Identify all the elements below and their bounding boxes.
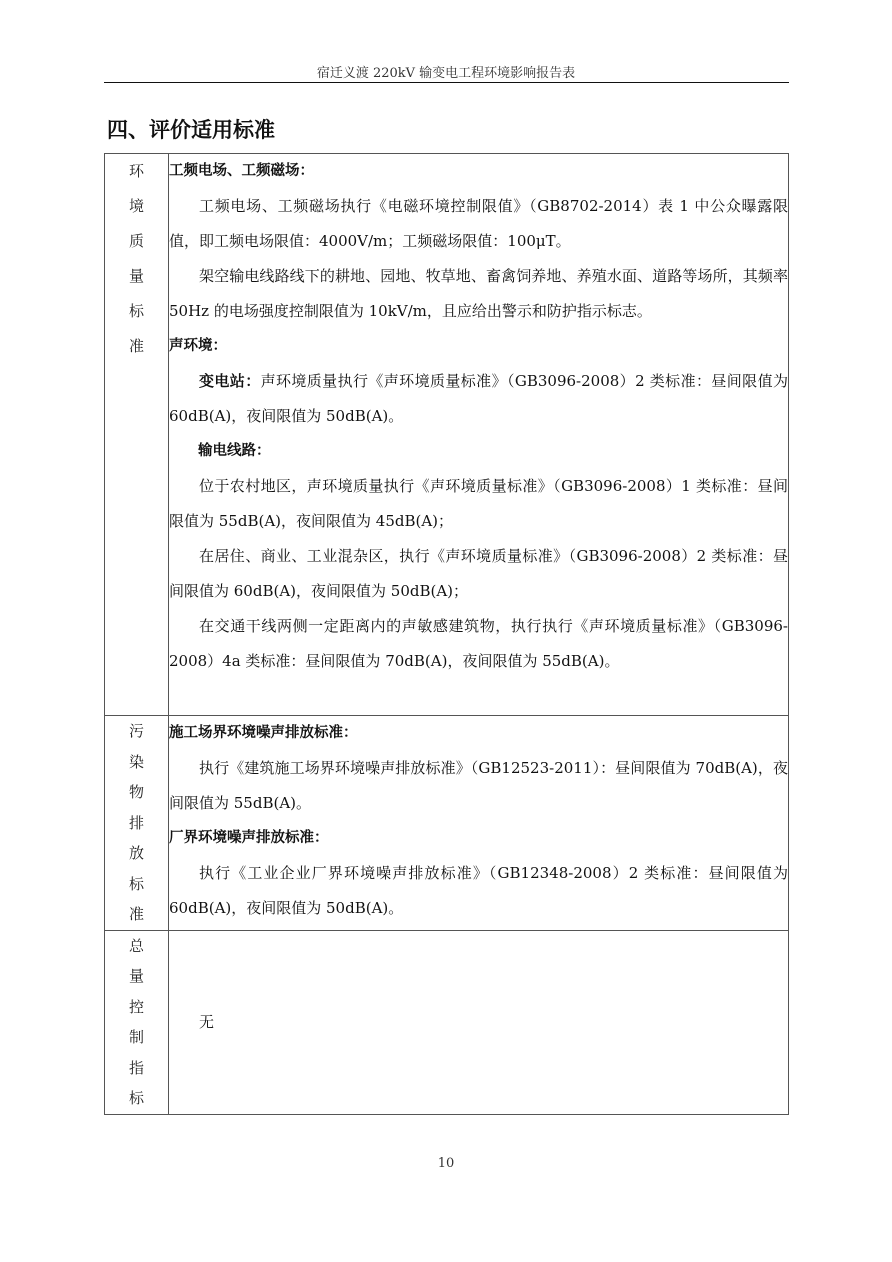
paragraph: 架空输电线路线下的耕地、园地、牧草地、畜禽饲养地、养殖水面、道路等场所，其频率 …: [169, 259, 788, 329]
label-char: 准: [105, 899, 168, 930]
page-number: 10: [0, 1156, 892, 1171]
paragraph-none: 无: [169, 1005, 788, 1040]
row-label-cell: 污 染 物 排 放 标 准: [105, 716, 169, 931]
paragraph: 在居住、商业、工业混杂区，执行《声环境质量标准》（GB3096-2008）2 类…: [169, 539, 788, 609]
label-char: 排: [105, 808, 168, 839]
label-char: 标: [105, 869, 168, 900]
row-label-total-control: 总 量 控 制 指 标: [105, 931, 168, 1114]
label-char: 控: [105, 992, 168, 1023]
table-row-total-control: 总 量 控 制 指 标 无: [105, 930, 789, 1114]
table-row-pollutant-emission: 污 染 物 排 放 标 准 施工场界环境噪声排放标准： 执行《建筑施工场界环境噪…: [105, 716, 789, 931]
header-rule: [104, 82, 789, 83]
paragraph-text: 声环境质量执行《声环境质量标准》（GB3096-2008）2 类标准：昼间限值为…: [169, 372, 788, 425]
label-char: 放: [105, 838, 168, 869]
table-row-environmental-quality: 环 境 质 量 标 准 工频电场、工频磁场： 工频电场、工频磁场执行《电磁环境控…: [105, 154, 789, 716]
row-label-cell: 环 境 质 量 标 准: [105, 154, 169, 716]
label-char: 标: [105, 1083, 168, 1114]
label-char: 量: [105, 961, 168, 992]
subheading-transmission-line: 输电线路：: [169, 434, 788, 469]
label-char: 准: [105, 329, 168, 364]
paragraph: 执行《工业企业厂界环境噪声排放标准》（GB12348-2008）2 类标准：昼间…: [169, 856, 788, 926]
label-char: 质: [105, 224, 168, 259]
row-content-cell: 施工场界环境噪声排放标准： 执行《建筑施工场界环境噪声排放标准》（GB12523…: [169, 716, 789, 931]
row-content-cell: 工频电场、工频磁场： 工频电场、工频磁场执行《电磁环境控制限值》（GB8702-…: [169, 154, 789, 716]
label-char: 量: [105, 259, 168, 294]
label-char: 境: [105, 189, 168, 224]
paragraph: 执行《建筑施工场界环境噪声排放标准》（GB12523-2011）：昼间限值为 7…: [169, 751, 788, 821]
label-char: 制: [105, 1022, 168, 1053]
subheading-acoustic-environment: 声环境：: [169, 329, 788, 364]
subheading-power-frequency-field: 工频电场、工频磁场：: [169, 154, 788, 189]
label-char: 染: [105, 747, 168, 778]
subheading-construction-noise: 施工场界环境噪声排放标准：: [169, 716, 788, 751]
row-label-pollutant-emission: 污 染 物 排 放 标 准: [105, 716, 168, 930]
row-label-cell: 总 量 控 制 指 标: [105, 930, 169, 1114]
paragraph: 工频电场、工频磁场执行《电磁环境控制限值》（GB8702-2014）表 1 中公…: [169, 189, 788, 259]
label-char: 环: [105, 154, 168, 189]
label-char: 指: [105, 1053, 168, 1084]
label-char: 污: [105, 716, 168, 747]
subheading-boundary-noise: 厂界环境噪声排放标准：: [169, 821, 788, 856]
section-title: 四、评价适用标准: [107, 114, 275, 144]
inline-heading-substation: 变电站：: [199, 372, 261, 390]
label-char: 标: [105, 294, 168, 329]
standards-table: 环 境 质 量 标 准 工频电场、工频磁场： 工频电场、工频磁场执行《电磁环境控…: [104, 153, 789, 1115]
paragraph: 位于农村地区，声环境质量执行《声环境质量标准》（GB3096-2008）1 类标…: [169, 469, 788, 539]
label-char: 总: [105, 931, 168, 962]
label-char: 物: [105, 777, 168, 808]
running-header: 宿迁义渡 220kV 输变电工程环境影响报告表: [104, 62, 788, 81]
row-label-environmental-quality: 环 境 质 量 标 准: [105, 154, 168, 364]
paragraph: 在交通干线两侧一定距离内的声敏感建筑物，执行执行《声环境质量标准》（GB3096…: [169, 609, 788, 679]
paragraph-substation: 变电站：声环境质量执行《声环境质量标准》（GB3096-2008）2 类标准：昼…: [169, 364, 788, 434]
row-content-cell: 无: [169, 930, 789, 1114]
